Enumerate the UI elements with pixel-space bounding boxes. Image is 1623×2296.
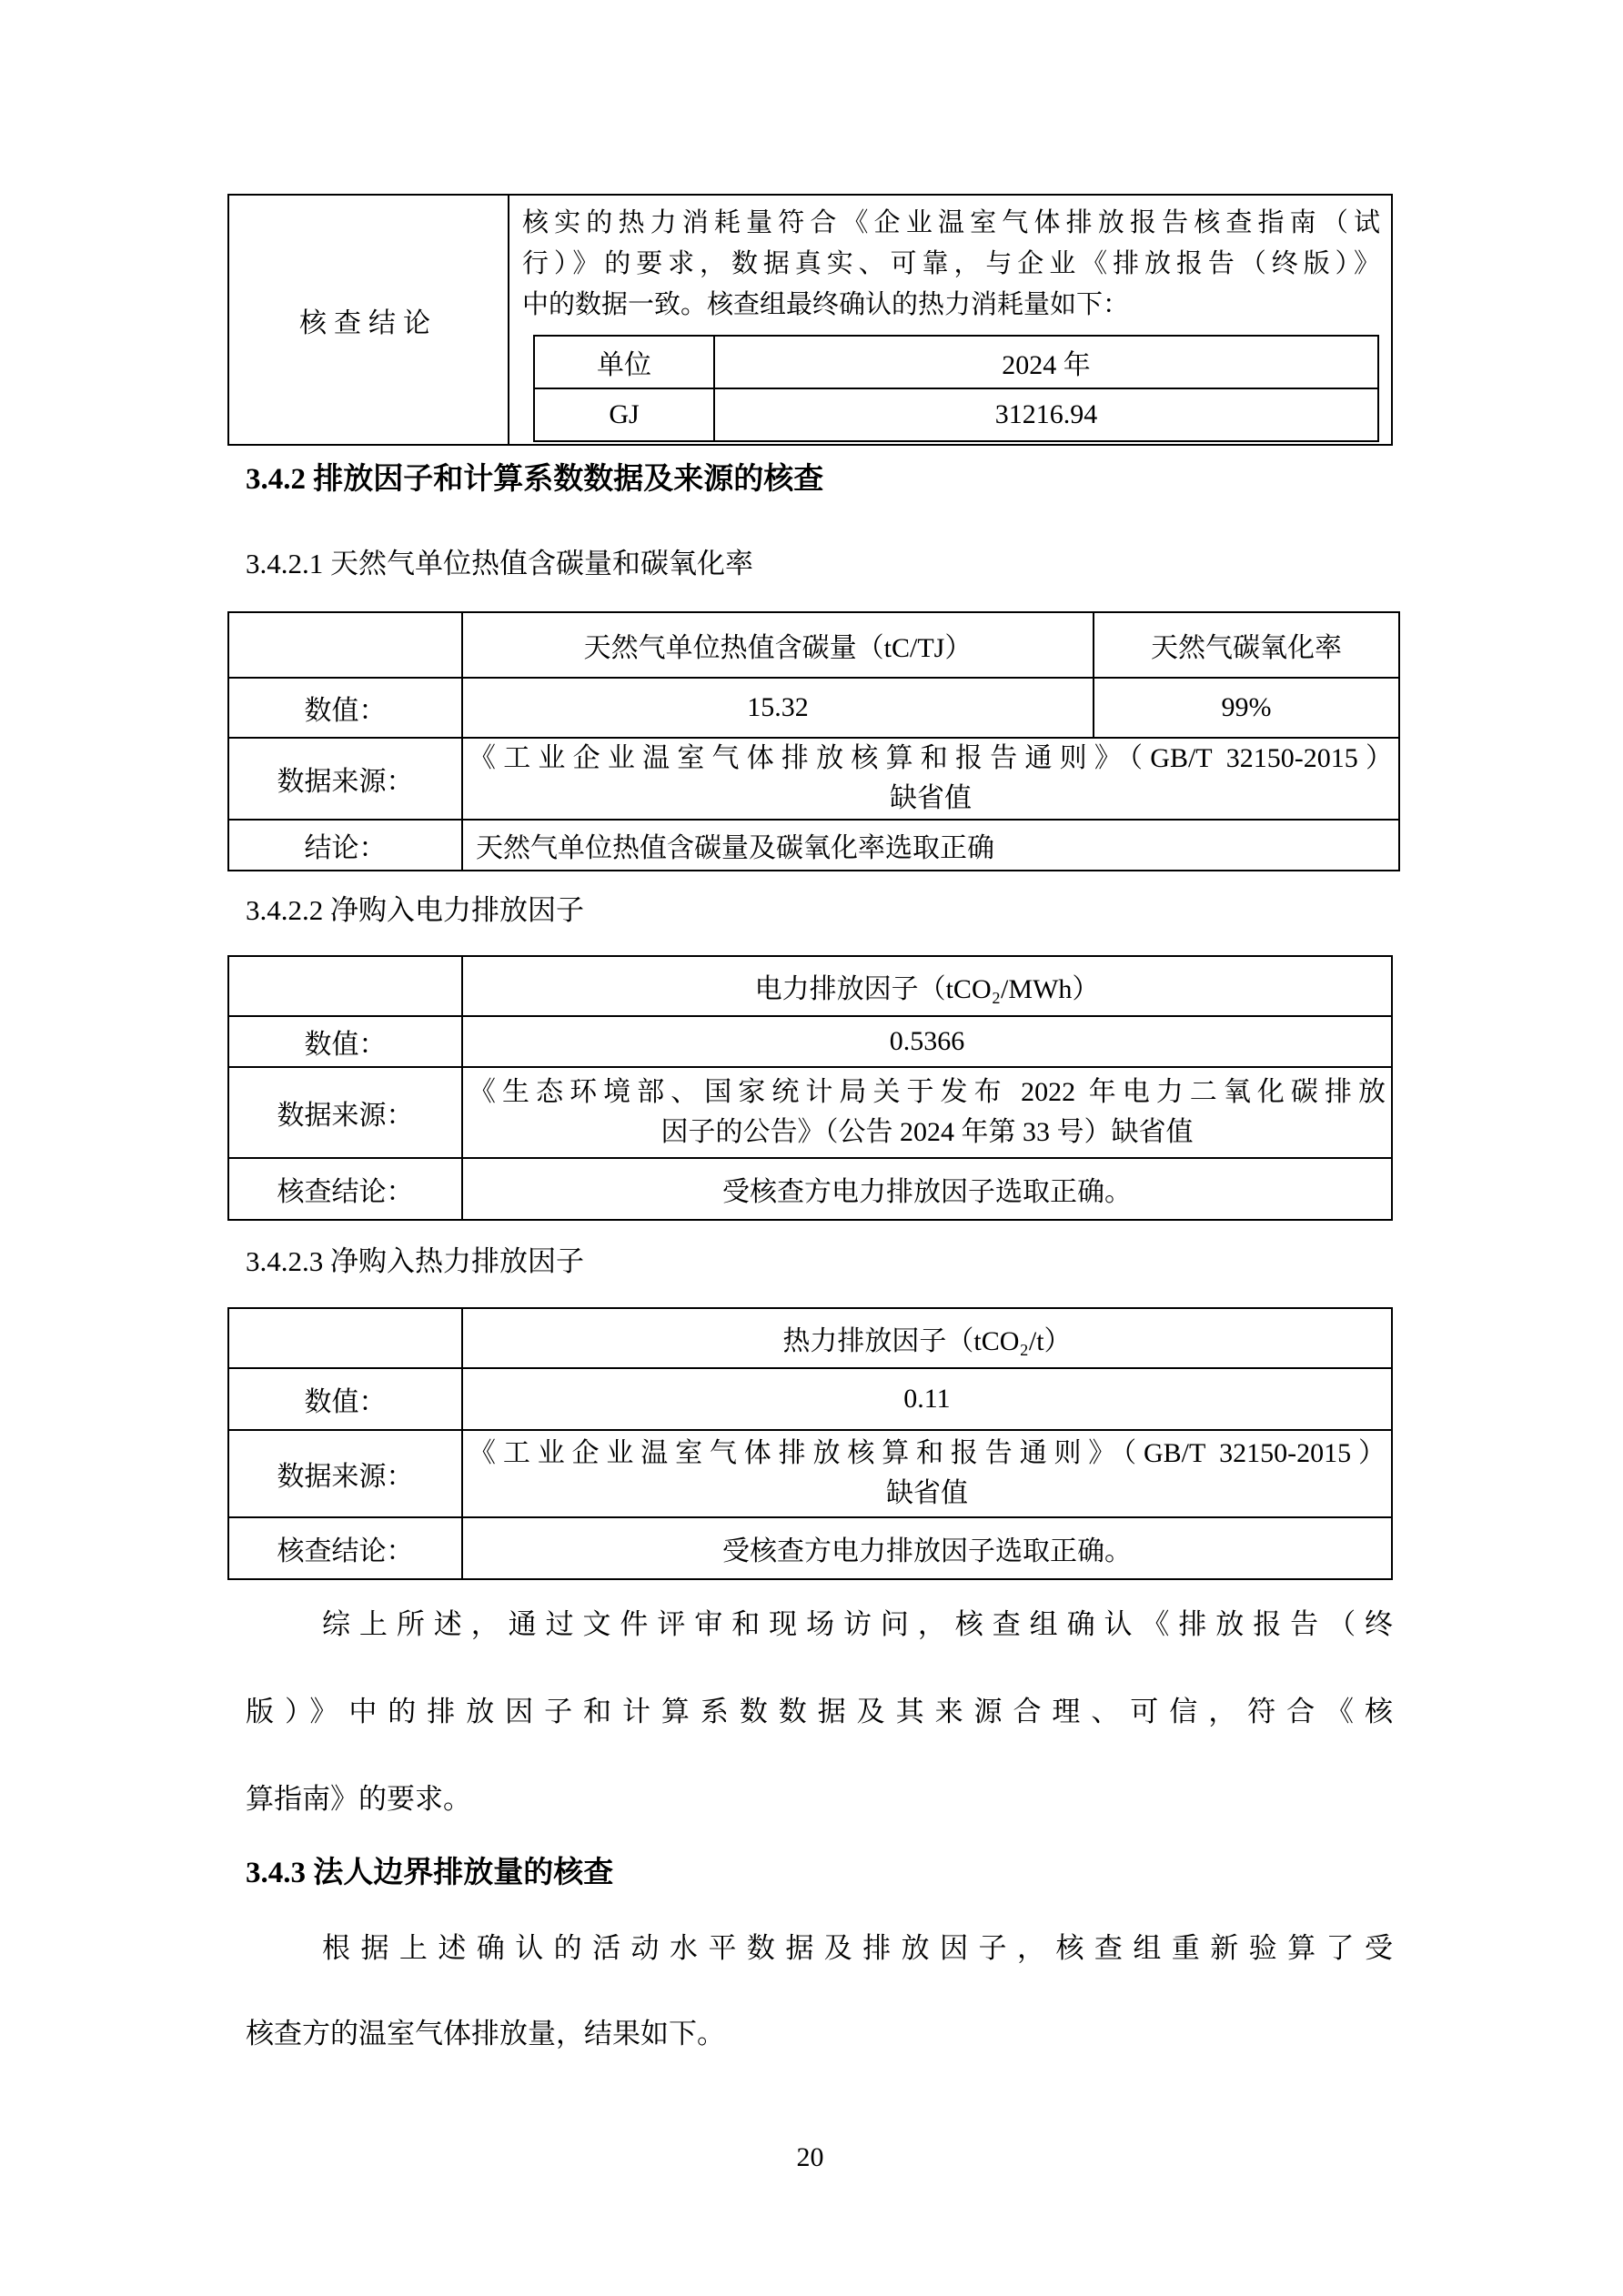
section-heading-3423: 3.4.2.3 净购入热力排放因子 (246, 1242, 1393, 1282)
empty-header-cell (228, 1308, 462, 1368)
paragraph-line: 算指南》的要求。 (246, 1756, 1393, 1843)
paragraph-line: 版）》中的排放因子和计算系数数据及其来源合理、可信，符合《核 (246, 1668, 1393, 1756)
document-page: 核查结论 核实的热力消耗量符合《企业温室气体排放报告核查指南（试 行）》的要求，… (0, 0, 1623, 2296)
heat-verification-table: 核查结论 核实的热力消耗量符合《企业温室气体排放报告核查指南（试 行）》的要求，… (227, 194, 1393, 446)
empty-header-cell (228, 956, 462, 1016)
section-heading-3422: 3.4.2.2 净购入电力排放因子 (246, 891, 1393, 931)
paragraph-line: 根据上述确认的活动水平数据及排放因子，核查组重新验算了受 (246, 1906, 1393, 1991)
empty-header-cell (228, 612, 462, 678)
conclusion-text-line: 行）》的要求，数据真实、可靠，与企业《排放报告（终版）》 (522, 244, 1380, 285)
source-text-line: 缺省值 (463, 779, 1398, 819)
page-number: 20 (227, 2138, 1393, 2178)
page-content: 核查结论 核实的热力消耗量符合《企业温室气体排放报告核查指南（试 行）》的要求，… (227, 194, 1393, 2178)
value-label-cell: 数值： (228, 1016, 462, 1067)
summary-paragraph: 综上所述，通过文件评审和现场访问，核查组确认《排放报告（终 版）》中的排放因子和… (246, 1581, 1393, 1843)
source-label-cell: 数据来源： (228, 738, 462, 820)
conclusion-label-cell: 核查结论： (228, 1158, 462, 1220)
electricity-source-cell: 《生态环境部、国家统计局关于发布 2022 年电力二氧化碳排放 因子的公告》（公… (462, 1067, 1392, 1158)
gas-source-cell: 《工业企业温室气体排放核算和报告通则》（GB/T 32150-2015） 缺省值 (462, 738, 1399, 820)
gas-carbon-value-cell: 15.32 (462, 678, 1094, 738)
conclusion-label-cell: 结论： (228, 820, 462, 871)
source-text-line: 因子的公告》（公告 2024 年第 33 号）缺省值 (463, 1113, 1391, 1153)
heat-factor-value-cell: 0.11 (462, 1368, 1392, 1430)
heat-source-cell: 《工业企业温室气体排放核算和报告通则》（GB/T 32150-2015） 缺省值 (462, 1430, 1392, 1517)
year-header-cell: 2024 年 (714, 336, 1378, 388)
source-label-cell: 数据来源： (228, 1067, 462, 1158)
conclusion-label-cell: 核查结论： (228, 1517, 462, 1579)
unit-value-cell: GJ (534, 388, 714, 441)
electricity-conclusion-cell: 受核查方电力排放因子选取正确。 (462, 1158, 1392, 1220)
source-text-line: 《工业企业温室气体排放核算和报告通则》（GB/T 32150-2015） (463, 1434, 1391, 1474)
source-text-line: 《生态环境部、国家统计局关于发布 2022 年电力二氧化碳排放 (463, 1072, 1391, 1113)
gas-carbon-header-cell: 天然气单位热值含碳量（tC/TJ） (462, 612, 1094, 678)
heat-factor-table: 热力排放因子（tCO₂/t） 数值： 0.11 数据来源： 《工业企业温室气体排… (227, 1307, 1393, 1580)
gas-factor-table: 天然气单位热值含碳量（tC/TJ） 天然气碳氧化率 数值： 15.32 99% … (227, 611, 1400, 871)
electricity-factor-value-cell: 0.5366 (462, 1016, 1392, 1067)
source-text-line: 缺省值 (463, 1474, 1391, 1514)
conclusion-text-line: 核实的热力消耗量符合《企业温室气体排放报告核查指南（试 (522, 203, 1380, 244)
conclusion-text-line: 中的数据一致。核查组最终确认的热力消耗量如下： (522, 285, 1380, 326)
gas-oxidation-header-cell: 天然气碳氧化率 (1094, 612, 1399, 678)
electricity-factor-header-cell: 电力排放因子（tCO₂/MWh） (462, 956, 1392, 1016)
unit-header-cell: 单位 (534, 336, 714, 388)
heat-factor-header-cell: 热力排放因子（tCO₂/t） (462, 1308, 1392, 1368)
paragraph-line: 核查方的温室气体排放量，结果如下。 (246, 1991, 1393, 2077)
source-text-line: 《工业企业温室气体排放核算和报告通则》（GB/T 32150-2015） (463, 739, 1398, 779)
gas-conclusion-cell: 天然气单位热值含碳量及碳氧化率选取正确 (462, 820, 1399, 871)
heat-consumption-table: 单位 2024 年 GJ 31216.94 (533, 335, 1379, 442)
section-heading-3421: 3.4.2.1 天然气单位热值含碳量和碳氧化率 (246, 544, 1393, 584)
source-label-cell: 数据来源： (228, 1430, 462, 1517)
verification-conclusion-body-cell: 核实的热力消耗量符合《企业温室气体排放报告核查指南（试 行）》的要求，数据真实、… (509, 195, 1392, 445)
recalc-paragraph: 根据上述确认的活动水平数据及排放因子，核查组重新验算了受 核查方的温室气体排放量… (246, 1906, 1393, 2077)
heat-consumption-table-wrap: 单位 2024 年 GJ 31216.94 (533, 335, 1380, 442)
value-label-cell: 数值： (228, 1368, 462, 1430)
gas-oxidation-value-cell: 99% (1094, 678, 1399, 738)
value-label-cell: 数值： (228, 678, 462, 738)
heat-conclusion-cell: 受核查方电力排放因子选取正确。 (462, 1517, 1392, 1579)
electricity-factor-table: 电力排放因子（tCO₂/MWh） 数值： 0.5366 数据来源： 《生态环境部… (227, 955, 1393, 1221)
paragraph-line: 综上所述，通过文件评审和现场访问，核查组确认《排放报告（终 (246, 1581, 1393, 1668)
section-heading-342: 3.4.2 排放因子和计算系数数据及来源的核查 (246, 459, 1393, 499)
heat-consumption-value-cell: 31216.94 (714, 388, 1378, 441)
section-heading-343: 3.4.3 法人边界排放量的核查 (246, 1853, 1393, 1893)
verification-conclusion-label-cell: 核查结论 (228, 195, 509, 445)
